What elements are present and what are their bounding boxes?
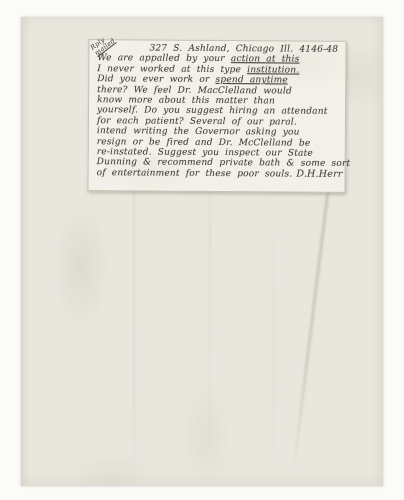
note-text: of entertainment for these poor souls. [97, 168, 293, 179]
signature: D.H.Herr [292, 168, 342, 179]
paper-crease-streak [273, 197, 275, 497]
note-line: of entertainment for these poor souls.D.… [97, 168, 339, 180]
letter-sheet: Rply mailed 327 S. Ashland, Chicago Ill.… [21, 17, 383, 486]
handwritten-note-card: Rply mailed 327 S. Ashland, Chicago Ill.… [87, 39, 346, 193]
note-text: We are appalled by your [97, 54, 231, 65]
note-text: Did you ever work or [97, 74, 215, 85]
note-text-underlined: institution. [247, 65, 299, 75]
scanned-document-page: Rply mailed 327 S. Ashland, Chicago Ill.… [0, 0, 404, 500]
note-text-underlined: spend anytime [216, 75, 288, 86]
note-text-underlined: action at this [231, 55, 300, 65]
